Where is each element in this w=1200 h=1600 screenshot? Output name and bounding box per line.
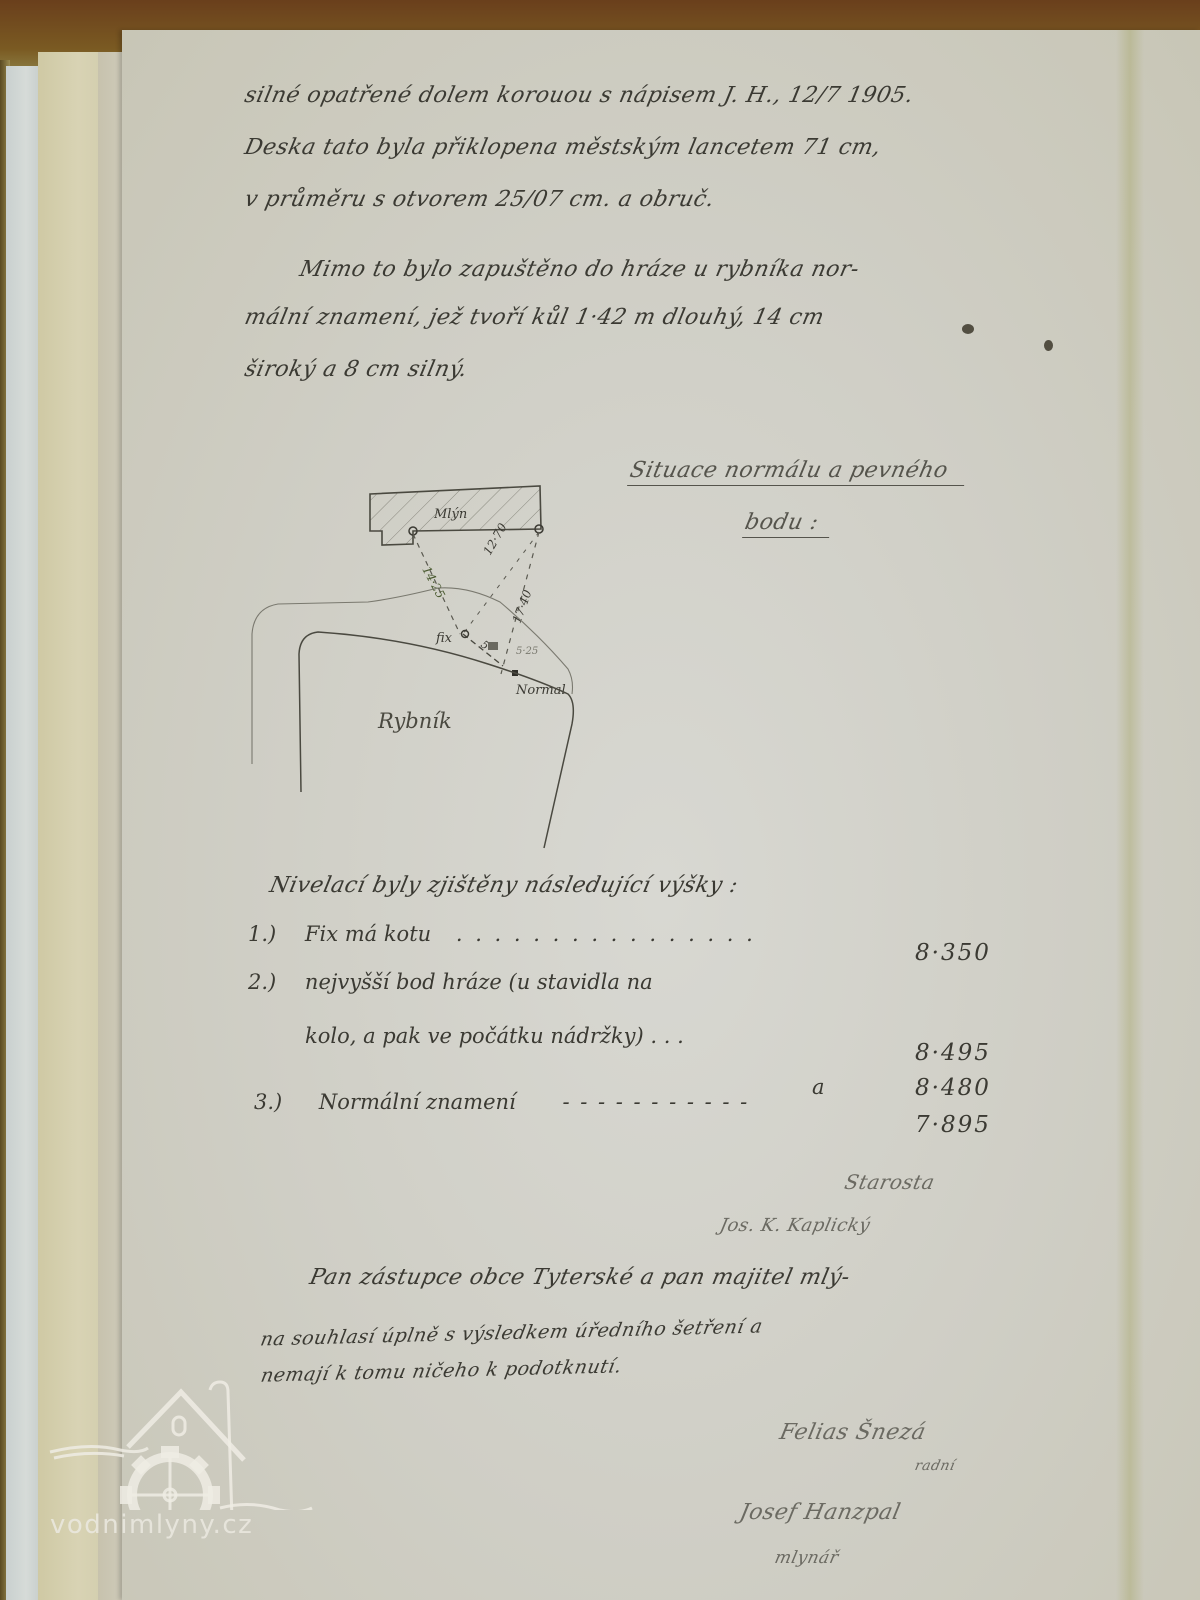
leveling-item-1: 1.) Fix má kotu . . . . . . . . . . . . … — [248, 922, 756, 946]
official-signature-title: Starosta — [842, 1170, 937, 1194]
official-signature-name: Jos. K. Kaplický — [718, 1215, 872, 1236]
paragraph2-line2: mální znamení, jež tvoří kůl 1·42 m dlou… — [242, 305, 826, 330]
site-sketch: Mlýn 14·25 12·70 17·40 5·25 5 fix Normal… — [238, 474, 608, 874]
paragraph1-line3: v průměru s otvorem 25/07 cm. a obruč. — [242, 187, 717, 212]
leveling-item-3: 3.) Normální znamení - - - - - - - - - -… — [254, 1090, 749, 1114]
signature-2-name: Josef Hanzpal — [737, 1500, 903, 1525]
item-leader: - - - - - - - - - - - — [562, 1090, 749, 1114]
item-label: Fix má kotu — [305, 922, 431, 946]
item-label: kolo, a pak ve počátku nádržky) . . . — [305, 1024, 684, 1048]
item-label: Normální znamení — [319, 1090, 516, 1114]
leveling-item-2-cont: kolo, a pak ve počátku nádržky) . . . — [305, 1024, 684, 1048]
watermark-text: vodnimlyny.cz — [50, 1510, 253, 1540]
normal-label: Normal — [515, 683, 566, 698]
paragraph1-line1: silné opatřené dolem korouou s nápisem J… — [242, 83, 916, 108]
value-fix-elevation: 8·350 — [915, 940, 991, 966]
paragraph2-line3: široký a 8 cm silný. — [242, 357, 469, 382]
value-normal-mark: 7·895 — [915, 1112, 991, 1138]
mill-label: Mlýn — [433, 507, 467, 522]
leveling-intro: Nivelací byly zjištěny následující výšky… — [267, 873, 740, 898]
pond-label: Rybník — [377, 709, 452, 733]
distance-mill-normal-b: 17·40 — [510, 588, 535, 625]
leveling-item-2-alt: a — [812, 1075, 825, 1099]
ink-blot — [1044, 340, 1053, 351]
paragraph2-line1: Mimo to bylo zapuštěno do hráze u rybník… — [297, 257, 861, 282]
ink-blot — [962, 324, 974, 334]
paragraph1-line2: Deska tato byla přiklopena městským lanc… — [242, 135, 883, 160]
sketch-heading-line2: bodu : — [742, 510, 835, 538]
value-dam-highest: 8·495 — [915, 1040, 991, 1066]
site-sketch-drawing: Mlýn 14·25 12·70 17·40 5·25 5 fix Normal… — [238, 474, 608, 874]
leveling-item-2: 2.) nejvyšší bod hráze (u stavidla na — [248, 970, 653, 994]
item-leader: . . . . . . . . . . . . . . . . — [456, 922, 756, 946]
signature-1-name: Felias Šnezá — [777, 1420, 928, 1445]
signature-1-role: radní — [913, 1458, 956, 1474]
signature-2-role: mlynář — [773, 1548, 841, 1568]
water-mill-logo-icon — [40, 1350, 320, 1510]
pond-outline — [299, 632, 573, 848]
value-dam-alt: 8·480 — [915, 1075, 991, 1101]
fix-label: fix — [435, 631, 453, 646]
item-number: 2.) — [248, 970, 276, 994]
sketch-heading-line1: Situace normálu a pevného — [627, 458, 970, 486]
watermark: vodnimlyny.cz — [40, 1350, 320, 1580]
page-fold — [1116, 30, 1144, 1600]
item-number: 1.) — [248, 922, 276, 946]
item-number: 3.) — [254, 1090, 282, 1114]
closing-line1: Pan zástupce obce Tyterské a pan majitel… — [307, 1265, 852, 1290]
item-label: nejvyšší bod hráze (u stavidla na — [305, 970, 653, 994]
distance-mill-fix: 14·25 — [419, 564, 447, 601]
distance-fix-normal: 5·25 — [516, 646, 538, 657]
item-label: a — [812, 1075, 825, 1099]
